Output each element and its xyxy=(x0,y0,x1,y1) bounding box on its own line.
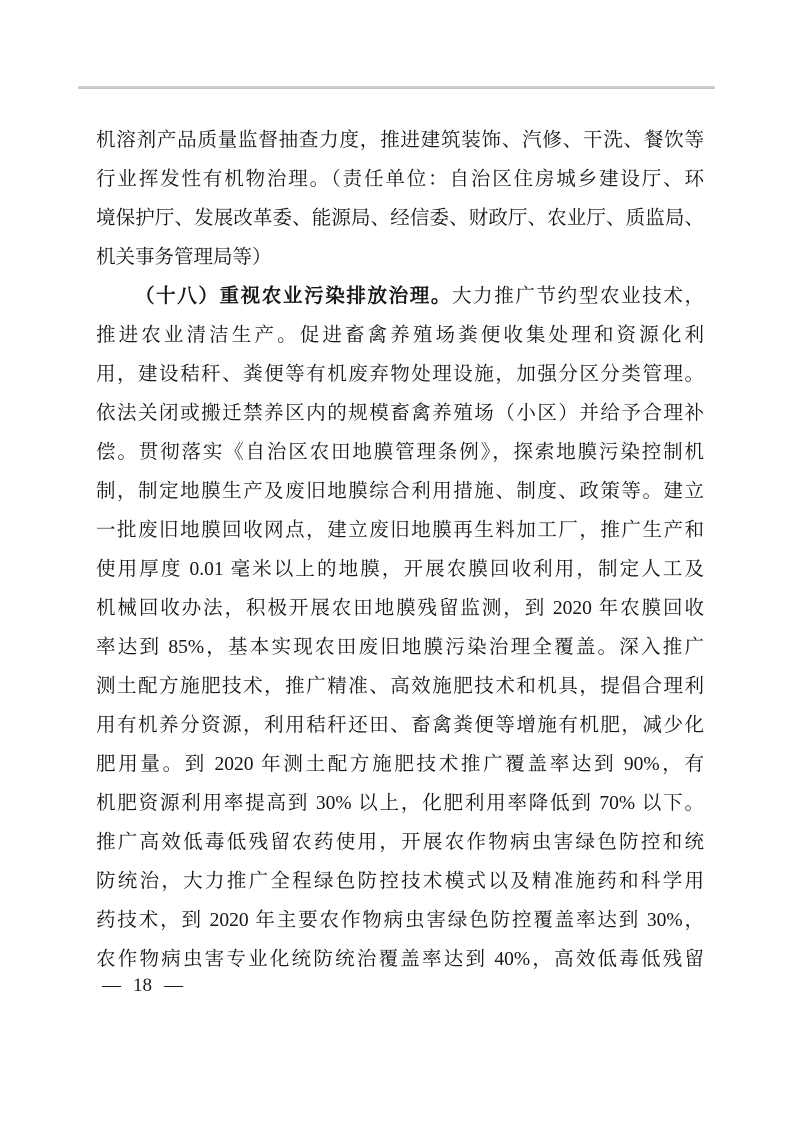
section-heading: （十八）重视农业污染排放治理。 xyxy=(135,286,452,307)
text-line-paragraph-start: （十八）重视农业污染排放治理。大力推广节约型农业技术， xyxy=(96,277,704,316)
header-rule-divider xyxy=(78,86,715,89)
footer-right-dash: — xyxy=(164,975,183,997)
text-line: 推进农业清洁生产。促进畜禽养殖场粪便收集处理和资源化利 xyxy=(96,316,704,355)
text-line: 机溶剂产品质量监督抽查力度，推进建筑装饰、汽修、干洗、餐饮等 xyxy=(96,121,704,160)
text-line: 用，建设秸秆、粪便等有机废弃物处理设施，加强分区分类管理。 xyxy=(96,355,704,394)
text-line-paragraph-end: 机关事务管理局等） xyxy=(96,238,704,277)
body-text-block: 机溶剂产品质量监督抽查力度，推进建筑装饰、汽修、干洗、餐饮等 行业挥发性有机物治… xyxy=(96,121,704,979)
text-line: 偿。贯彻落实《自治区农田地膜管理条例》，探索地膜污染控制机 xyxy=(96,433,704,472)
text-line: 防统治，大力推广全程绿色防控技术模式以及精准施药和科学用 xyxy=(96,862,704,901)
text-line: 用有机养分资源，利用秸秆还田、畜禽粪便等增施有机肥，减少化 xyxy=(96,706,704,745)
text-line: 制，制定地膜生产及废旧地膜综合利用措施、制度、政策等。建立 xyxy=(96,472,704,511)
text-line: 一批废旧地膜回收网点，建立废旧地膜再生料加工厂，推广生产和 xyxy=(96,511,704,550)
text-line: 机肥资源利用率提高到 30% 以上，化肥利用率降低到 70% 以下。 xyxy=(96,784,704,823)
text-line: 使用厚度 0.01 毫米以上的地膜，开展农膜回收利用，制定人工及 xyxy=(96,550,704,589)
text-line: 境保护厅、发展改革委、能源局、经信委、财政厅、农业厅、质监局、 xyxy=(96,199,704,238)
text-line: 行业挥发性有机物治理。（责任单位：自治区住房城乡建设厅、环 xyxy=(96,160,704,199)
text-line: 依法关闭或搬迁禁养区内的规模畜禽养殖场（小区）并给予合理补 xyxy=(96,394,704,433)
text-line: 测土配方施肥技术，推广精准、高效施肥技术和机具，提倡合理利 xyxy=(96,667,704,706)
document-page: 机溶剂产品质量监督抽查力度，推进建筑装饰、汽修、干洗、餐饮等 行业挥发性有机物治… xyxy=(0,0,793,1122)
page-number: 18 xyxy=(133,975,152,997)
page-footer: — 18 — xyxy=(102,972,183,1000)
text-line: 肥用量。到 2020 年测土配方施肥技术推广覆盖率达到 90%，有 xyxy=(96,745,704,784)
text-line: 机械回收办法，积极开展农田地膜残留监测，到 2020 年农膜回收 xyxy=(96,589,704,628)
footer-left-dash: — xyxy=(102,975,121,997)
text-line: 推广高效低毒低残留农药使用，开展农作物病虫害绿色防控和统 xyxy=(96,823,704,862)
text-line: 率达到 85%，基本实现农田废旧地膜污染治理全覆盖。深入推广 xyxy=(96,628,704,667)
text-line: 药技术，到 2020 年主要农作物病虫害绿色防控覆盖率达到 30%， xyxy=(96,901,704,940)
section-first-line-text: 大力推广节约型农业技术， xyxy=(452,286,704,307)
text-line: 农作物病虫害专业化统防统治覆盖率达到 40%，高效低毒低残留 xyxy=(96,940,704,979)
